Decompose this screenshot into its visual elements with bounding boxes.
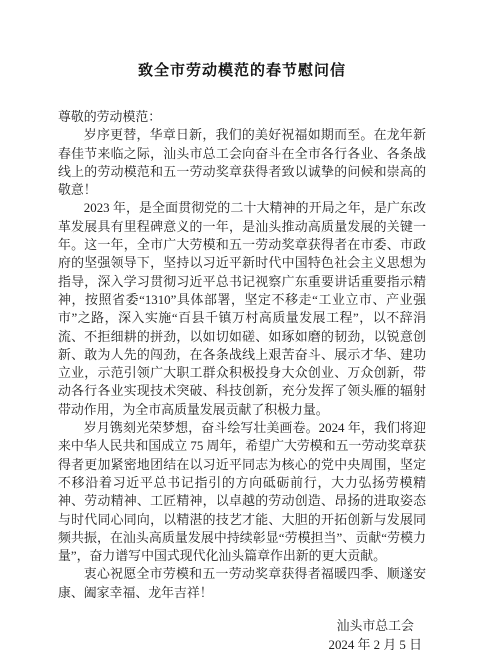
paragraph-greeting: 岁序更替，华章日新，我们的美好祝福如期而至。在龙年新春佳节来临之际，汕头市总工会… — [58, 126, 426, 199]
signature-name: 汕头市总工会 — [329, 617, 422, 636]
signature-date: 2024 年 2 月 5 日 — [329, 636, 422, 650]
letter-title: 致全市劳动模范的春节慰问信 — [58, 60, 426, 82]
paragraph-review-2023: 2023 年，是全面贯彻党的二十大精神的开局之年，是广东改革发展具有里程碑意义的… — [58, 199, 426, 419]
signature-block: 汕头市总工会 2024 年 2 月 5 日 — [329, 617, 422, 650]
paragraph-wishes: 衷心祝愿全市劳模和五一劳动奖章获得者福暖四季、顺遂安康、阖家幸福、龙年吉祥！ — [58, 565, 426, 602]
letter-body: 尊敬的劳动模范： 岁序更替，华章日新，我们的美好祝福如期而至。在龙年新春佳节来临… — [58, 108, 426, 650]
salutation: 尊敬的劳动模范： — [58, 108, 426, 126]
paragraph-outlook-2024: 岁月镌刻光荣梦想，奋斗绘写壮美画卷。2024 年，我们将迎来中华人民共和国成立 … — [58, 419, 426, 565]
letter-page: 致全市劳动模范的春节慰问信 尊敬的劳动模范： 岁序更替，华章日新，我们的美好祝福… — [0, 0, 483, 650]
